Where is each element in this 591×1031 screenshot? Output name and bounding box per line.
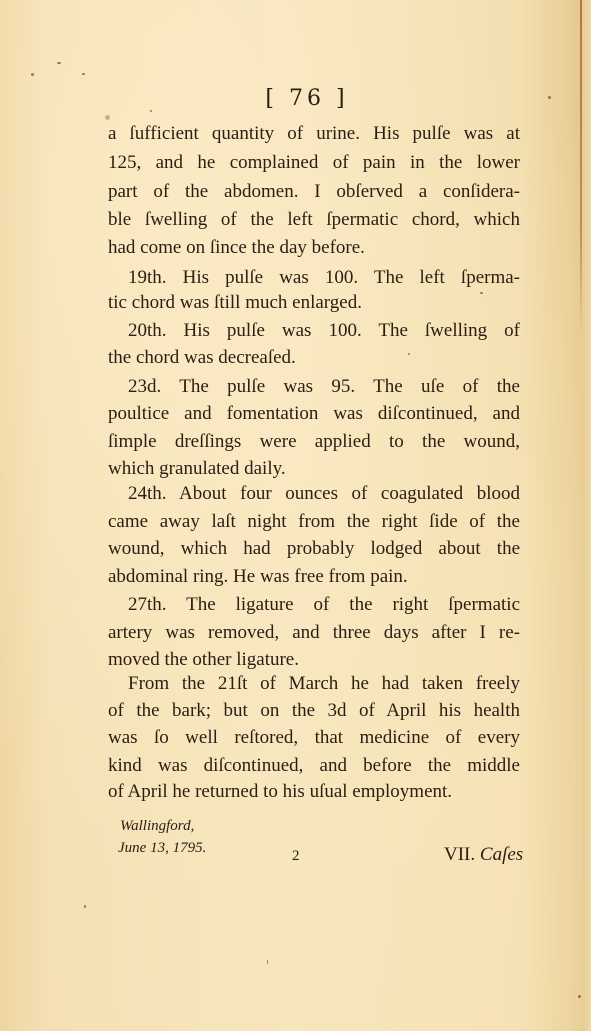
foxing-speck — [84, 905, 86, 908]
text-line: 24th. About four ounces of coagulated bl… — [128, 483, 520, 505]
foxing-speck — [105, 115, 110, 120]
text-line: 23d. The pulſe was 95. The uſe of the — [128, 376, 520, 398]
catchword-italic: Caſes — [480, 844, 523, 865]
catchword: VII. Caſes — [444, 844, 523, 866]
book-page: [ 76 ] a ſufficient quantity of urine. H… — [0, 0, 591, 1031]
text-line: of April he returned to his uſual employ… — [108, 781, 520, 803]
text-line: a ſufficient quantity of urine. His pulſ… — [108, 123, 520, 145]
foxing-speck — [548, 96, 551, 99]
text-line: wound, which had probably lodged about t… — [108, 538, 520, 560]
text-line: was ſo well reſtored, that medicine of e… — [108, 727, 520, 749]
page-number-header: [ 76 ] — [252, 86, 362, 111]
text-line: which granulated daily. — [108, 458, 520, 480]
text-line: came away laſt night from the right ſide… — [108, 511, 520, 533]
foxing-speck — [82, 73, 85, 75]
text-line: poultice and fomentation was diſcontinue… — [108, 403, 520, 425]
page-edge — [582, 0, 591, 1031]
date-signoff: June 13, 1795. — [118, 840, 206, 857]
text-line: had come on ſince the day before. — [108, 237, 520, 259]
text-line: of the bark; but on the 3d of April his … — [108, 700, 520, 722]
text-line: From the 21ſt of March he had taken free… — [128, 673, 520, 695]
text-line: moved the other ligature. — [108, 649, 520, 671]
foxing-speck — [150, 110, 152, 112]
text-line: 125, and he complained of pain in the lo… — [108, 152, 520, 174]
signature-mark: 2 — [292, 848, 300, 865]
text-line: 27th. The ligature of the right ſpermati… — [128, 594, 520, 616]
text-line: artery was removed, and three days after… — [108, 622, 520, 644]
text-line: 20th. His pulſe was 100. The ſwelling of — [128, 320, 520, 342]
foxing-speck — [57, 62, 61, 64]
text-line: ſimple dreſſings were applied to the wou… — [108, 431, 520, 453]
text-line: part of the abdomen. I obſerved a conſid… — [108, 181, 520, 203]
foxing-speck — [267, 960, 268, 964]
place-signoff: Wallingford, — [120, 818, 194, 835]
text-line: the chord was decreaſed. — [108, 347, 520, 369]
text-line: ble ſwelling of the left ſpermatic chord… — [108, 209, 520, 231]
text-line: kind was diſcontinued, and before the mi… — [108, 755, 520, 777]
page-fold-line — [580, 0, 582, 330]
foxing-speck — [578, 995, 581, 998]
foxing-speck — [31, 73, 34, 76]
text-line: 19th. His pulſe was 100. The left ſperma… — [128, 267, 520, 289]
text-line: abdominal ring. He was free from pain. — [108, 566, 520, 588]
catchword-roman: VII. — [444, 844, 475, 865]
text-line: tic chord was ſtill much enlarged. — [108, 292, 520, 314]
